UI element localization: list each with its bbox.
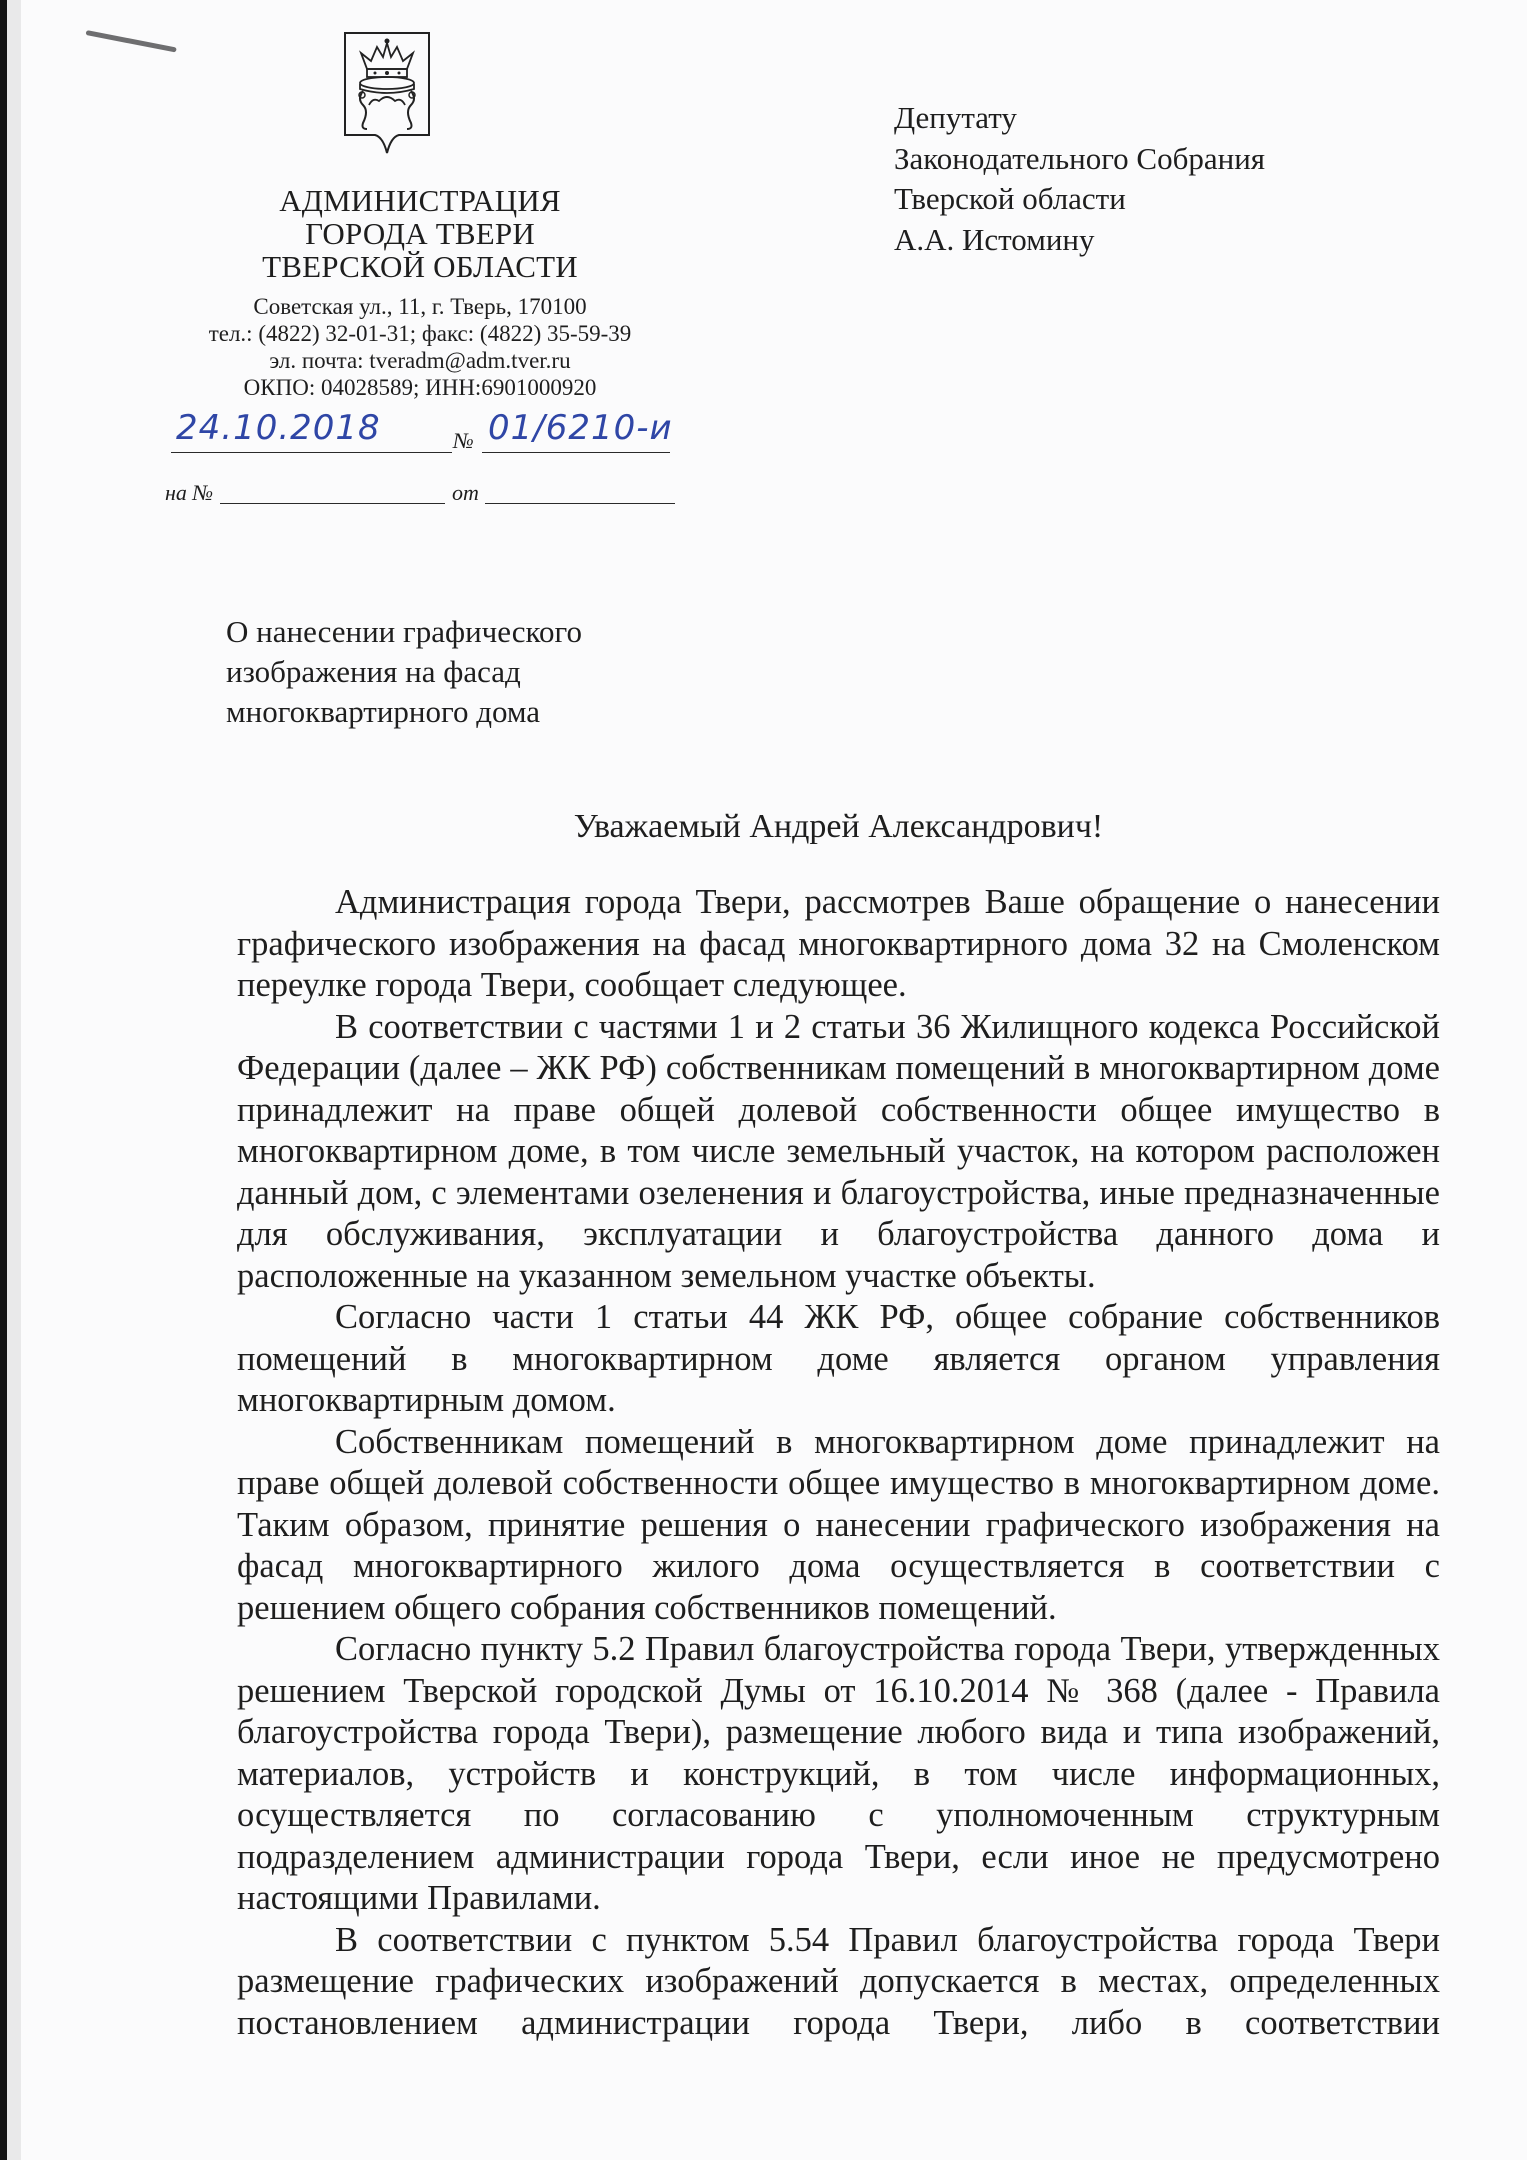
tver-coat-of-arms-icon (343, 31, 431, 155)
handwritten-number: 01/6210-и (488, 408, 673, 448)
number-underline (482, 452, 670, 453)
recipient-line-2: Законодательного Собрания (894, 139, 1265, 180)
paragraph: Собственникам помещений в многоквартирно… (237, 1422, 1440, 1630)
org-name-line-3: ТВЕРСКОЙ ОБЛАСТИ (170, 250, 670, 283)
subject-block: О нанесении графического изображения на … (226, 612, 582, 732)
subject-line-2: изображения на фасад (226, 652, 582, 692)
scan-left-edge (0, 0, 7, 2160)
sender-block: АДМИНИСТРАЦИЯ ГОРОДА ТВЕРИ ТВЕРСКОЙ ОБЛА… (170, 184, 670, 401)
sender-contacts: Советская ул., 11, г. Тверь, 170100 тел.… (170, 293, 670, 401)
subject-line-3: многоквартирного дома (226, 692, 582, 732)
sender-phones: тел.: (4822) 32-01-31; факс: (4822) 35-5… (170, 320, 670, 347)
org-name-line-2: ГОРОДА ТВЕРИ (170, 217, 670, 250)
pen-mark (86, 30, 177, 52)
letter-body: Администрация города Твери, рассмотрев В… (237, 882, 1440, 2044)
recipient-line-1: Депутату (894, 98, 1265, 139)
org-name-line-1: АДМИНИСТРАЦИЯ (170, 184, 670, 217)
reply-to-underline (220, 503, 445, 504)
recipient-line-4: А.А. Истомину (894, 220, 1265, 261)
paragraph: Согласно части 1 статьи 44 ЖК РФ, общее … (237, 1297, 1440, 1422)
sender-email: эл. почта: tveradm@adm.tver.ru (170, 347, 670, 374)
subject-line-1: О нанесении графического (226, 612, 582, 652)
handwritten-date: 24.10.2018 (176, 408, 381, 448)
recipient-block: Депутату Законодательного Собрания Тверс… (894, 98, 1265, 260)
number-label: № (453, 428, 474, 454)
from-underline (485, 503, 675, 504)
from-label: от (452, 480, 479, 506)
recipient-line-3: Тверской области (894, 179, 1265, 220)
sender-address: Советская ул., 11, г. Тверь, 170100 (170, 293, 670, 320)
greeting: Уважаемый Андрей Александрович! (237, 808, 1440, 846)
paragraph: Согласно пункту 5.2 Правил благоустройст… (237, 1629, 1440, 1920)
paragraph: В соответствии с частями 1 и 2 статьи 36… (237, 1007, 1440, 1298)
paragraph: Администрация города Твери, рассмотрев В… (237, 882, 1440, 1007)
scan-edge-shadow (7, 0, 21, 2160)
paragraph: В соответствии с пунктом 5.54 Правил бла… (237, 1920, 1440, 2045)
date-underline (171, 452, 452, 453)
reply-to-label: на № (165, 480, 213, 506)
sender-codes: ОКПО: 04028589; ИНН:6901000920 (170, 374, 670, 401)
